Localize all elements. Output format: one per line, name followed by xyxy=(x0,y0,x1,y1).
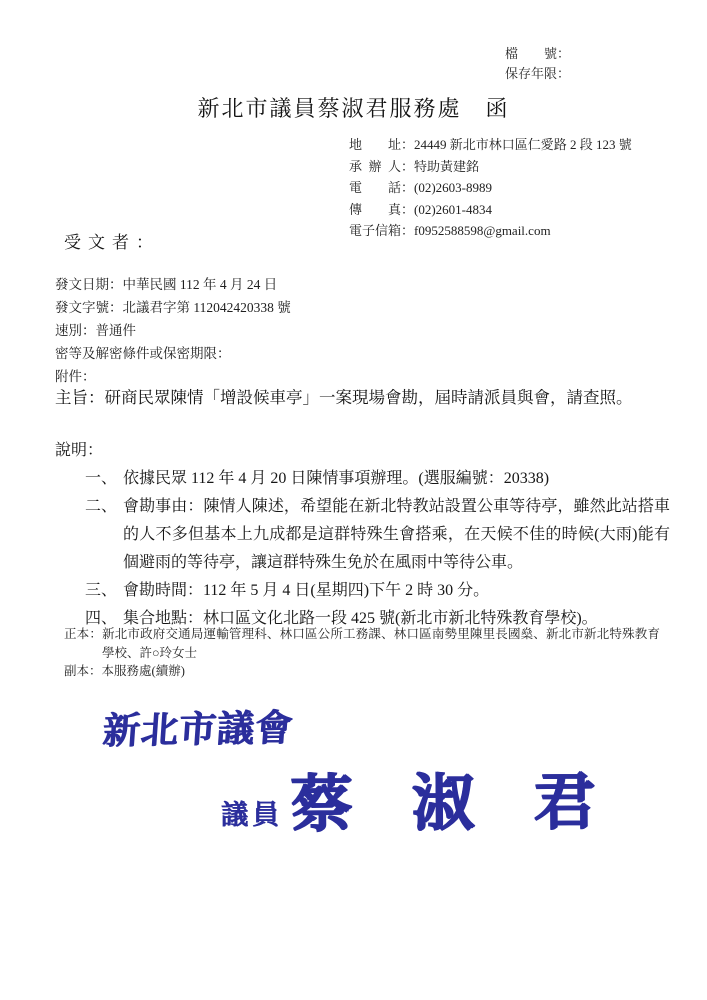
explanation-section: 說明： 一、 依據民眾 112 年 4 月 20 日陳情事項辦理。(選服編號：2… xyxy=(55,437,670,633)
sender-fax-row: 傳真：(02)2601-4834 xyxy=(349,199,632,221)
address-label: 地址 xyxy=(349,134,401,156)
sender-contact-person-row: 承辦人：特助黃建銘 xyxy=(349,156,632,178)
address-colon: ： xyxy=(401,137,414,152)
document-title: 新北市議員蔡淑君服務處 函 xyxy=(0,92,707,123)
distribution-block: 正本：新北市政府交通局運輸管理科、林口區公所工務課、林口區南勢里陳里長國燊、新北… xyxy=(64,625,660,681)
contact-person-label: 承辦人 xyxy=(349,156,401,178)
original-colon: ： xyxy=(89,627,102,641)
explanation-heading: 說明： xyxy=(55,437,670,465)
sender-phone-row: 電話：(02)2603-8989 xyxy=(349,177,632,199)
fax-value: (02)2601-4834 xyxy=(414,202,492,217)
address-value: 24449 新北市林口區仁愛路 2 段 123 號 xyxy=(414,137,632,152)
retention-row: 保存年限： xyxy=(505,64,570,84)
sender-address-row: 地址：24449 新北市林口區仁愛路 2 段 123 號 xyxy=(349,134,632,156)
original-label: 正本 xyxy=(64,627,89,641)
email-colon: ： xyxy=(401,223,414,238)
contact-person-colon: ： xyxy=(401,159,414,174)
phone-colon: ： xyxy=(401,180,414,195)
retention-label: 保存年限 xyxy=(505,64,557,84)
security-class-line: 密等及解密條件或保密期限： xyxy=(55,342,291,365)
email-label: 電子信箱 xyxy=(349,220,401,242)
item-text: 會勘事由：陳情人陳述，希望能在新北特教站設置公車等待亭，雖然此站搭車的人不多但基… xyxy=(123,493,670,577)
original-copy-row: 正本：新北市政府交通局運輸管理科、林口區公所工務課、林口區南勢里陳里長國燊、新北… xyxy=(64,625,660,662)
file-number-label: 檔號 xyxy=(505,44,557,64)
file-number-colon: ： xyxy=(557,46,570,61)
item-number: 三、 xyxy=(85,577,123,605)
contact-person-value: 特助黃建銘 xyxy=(414,159,479,174)
speed-class-line: 速別：普通件 xyxy=(55,319,291,342)
file-info-block: 檔號： 保存年限： xyxy=(505,44,570,84)
email-value: f0952588598@gmail.com xyxy=(414,223,551,238)
councilor-signature-name: 蔡 淑 君 xyxy=(290,752,618,844)
council-stamp-text: 新北市議會 xyxy=(101,697,295,754)
issue-date-line: 發文日期：中華民國 112 年 4 月 24 日 xyxy=(55,273,291,296)
copy-value: 本服務處(續辦) xyxy=(102,664,185,678)
fax-label: 傳真 xyxy=(349,199,401,221)
item-text: 會勘時間：112 年 5 月 4 日(星期四)下午 2 時 30 分。 xyxy=(123,577,670,605)
original-value: 新北市政府交通局運輸管理科、林口區公所工務課、林口區南勢里陳里長國燊、新北市新北… xyxy=(102,627,660,660)
fax-colon: ： xyxy=(401,202,414,217)
file-number-row: 檔號： xyxy=(505,44,570,64)
item-number: 一、 xyxy=(85,465,123,493)
councilor-title-text: 議員 xyxy=(221,793,283,832)
copy-label: 副本 xyxy=(64,664,89,678)
issue-number-line: 發文字號：北議君字第 112042420338 號 xyxy=(55,296,291,319)
document-page: 檔號： 保存年限： 新北市議員蔡淑君服務處 函 地址：24449 新北市林口區仁… xyxy=(0,0,707,1000)
explanation-item: 二、 會勘事由：陳情人陳述，希望能在新北特教站設置公車等待亭，雖然此站搭車的人不… xyxy=(55,493,670,577)
phone-value: (02)2603-8989 xyxy=(414,180,492,195)
explanation-item: 一、 依據民眾 112 年 4 月 20 日陳情事項辦理。(選服編號：20338… xyxy=(55,465,670,493)
meta-block: 發文日期：中華民國 112 年 4 月 24 日 發文字號：北議君字第 1120… xyxy=(55,273,291,388)
sender-email-row: 電子信箱：f0952588598@gmail.com xyxy=(349,220,632,242)
sender-contact-block: 地址：24449 新北市林口區仁愛路 2 段 123 號 承辦人：特助黃建銘 電… xyxy=(349,134,632,242)
retention-colon: ： xyxy=(557,66,570,81)
item-text: 依據民眾 112 年 4 月 20 日陳情事項辦理。(選服編號：20338) xyxy=(123,465,670,493)
recipient-line: 受文者： xyxy=(64,228,160,253)
explanation-item: 三、 會勘時間：112 年 5 月 4 日(星期四)下午 2 時 30 分。 xyxy=(55,577,670,605)
copy-colon: ： xyxy=(89,664,102,678)
phone-label: 電話 xyxy=(349,177,401,199)
subject-line: 主旨：研商民眾陳情「增設候車亭」一案現場會勘，屆時請派員與會，請查照。 xyxy=(55,384,633,408)
item-number: 二、 xyxy=(85,493,123,521)
carbon-copy-row: 副本：本服務處(續辦) xyxy=(64,662,660,681)
